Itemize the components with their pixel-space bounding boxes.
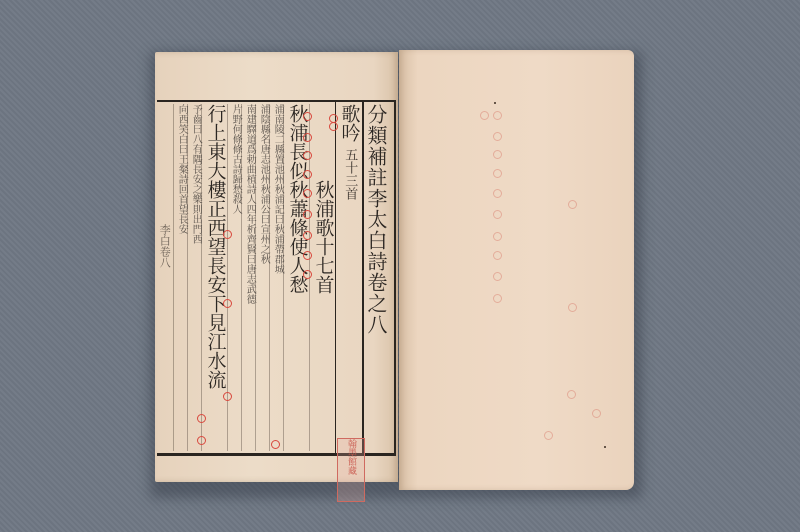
heading-divider (362, 102, 364, 453)
show-through-mark (493, 169, 502, 178)
red-circle-mark (271, 440, 280, 449)
red-circle-mark (303, 231, 312, 240)
commentary-column: 向西笑白曰王粲詩回首望長安 (173, 104, 188, 451)
show-through-mark (493, 150, 502, 159)
show-through-mark (568, 200, 577, 209)
red-circle-mark (223, 230, 232, 239)
red-circle-mark (303, 189, 312, 198)
margin-label: 李白卷八 (157, 104, 171, 451)
printed-frame: 分類補註李太白詩卷之八 歌吟 五十三首 翰墨館藏 秋浦歌十七首 秋浦長似秋蕭條使… (157, 100, 396, 456)
paper-speck (494, 102, 496, 104)
show-through-mark (544, 431, 553, 440)
show-through-mark (493, 272, 502, 281)
show-through-mark (567, 390, 576, 399)
red-circle-mark (303, 251, 312, 260)
red-circle-mark (303, 112, 312, 121)
commentary-column: 浦陰縣名唐志池州秋浦公曰宣州之秋 (255, 104, 270, 451)
collector-seal: 翰墨館藏 (337, 438, 365, 502)
commentary-column: 浦南陵二縣置池州秋浦記曰秋浦帶郡城 (269, 104, 284, 451)
red-circle-mark (303, 133, 312, 142)
red-circle-mark (223, 392, 232, 401)
show-through-mark (493, 251, 502, 260)
red-circle-mark (197, 414, 206, 423)
red-circle-mark (303, 170, 312, 179)
paper-speck (604, 446, 606, 448)
show-through-mark (592, 409, 601, 418)
show-through-mark (493, 232, 502, 241)
show-through-mark (493, 132, 502, 141)
commentary-column: 予齒曰八有隅長安之樂則出門西 (187, 104, 202, 451)
left-page: 分類補註李太白詩卷之八 歌吟 五十三首 翰墨館藏 秋浦歌十七首 秋浦長似秋蕭條使… (155, 52, 398, 482)
category-heading: 歌吟 五十三首 (337, 104, 361, 451)
red-circle-mark (329, 122, 338, 131)
show-through-mark (480, 111, 489, 120)
show-through-mark (568, 303, 577, 312)
poem-title: 秋浦歌十七首 (309, 104, 336, 451)
show-through-mark (493, 189, 502, 198)
show-through-mark (493, 111, 502, 120)
red-circle-mark (223, 299, 232, 308)
red-circle-mark (197, 436, 206, 445)
red-circle-mark (303, 151, 312, 160)
commentary-column: 南建驛道爲勅曲植詩人四年析齊賢曰唐志武德 (241, 104, 256, 451)
red-circle-mark (303, 210, 312, 219)
right-page (399, 50, 634, 490)
show-through-mark (493, 210, 502, 219)
show-through-mark (493, 294, 502, 303)
red-circle-mark (303, 270, 312, 279)
volume-title: 分類補註李太白詩卷之八 (364, 104, 388, 451)
